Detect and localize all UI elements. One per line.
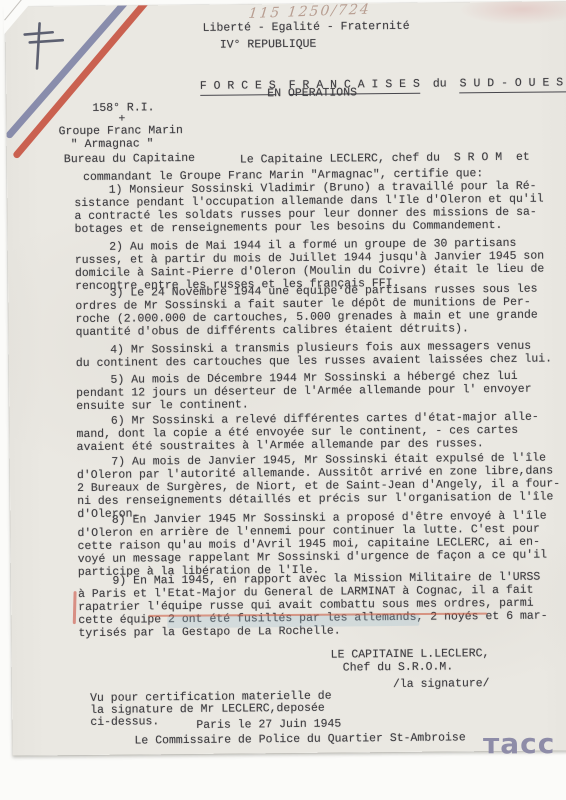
paragraph-9: 9) En Mai 1945, en rapport avec la Missi…: [78, 571, 548, 641]
forces-title: F O R C E SF R A N C A I S E SduS U D - …: [172, 63, 566, 109]
group-name-line2: " Armagnac ": [71, 137, 154, 151]
commissioner-line: Le Commissaire de Police du Quartier St-…: [134, 731, 465, 747]
paragraph-5: 5) Au mois de Décembre 1944 Mr Sossinski…: [76, 370, 532, 413]
paragraph-1: 1) Monsieur Sossinski Vladimir (Bruno) a…: [74, 180, 544, 237]
paragraph-6: 6) Mr Sossinski a relevé différentes car…: [76, 411, 539, 454]
forces-word-1: F O R C E S: [200, 79, 276, 96]
signature-title: Chef du S.R.O.M.: [343, 660, 454, 674]
group-name-line1: Groupe Franc Marin: [59, 124, 183, 138]
red-margin-mark: [73, 591, 77, 624]
republic-line: IV° REPUBLIQUE: [220, 38, 317, 52]
forces-word-3: S U D - O U E S T: [460, 76, 566, 93]
motto-line: Liberté - Egalité - Fraternité: [203, 20, 410, 35]
paper-sheet: 115 1250/724 Liberté - Egalité - Fratern…: [5, 1, 566, 755]
intro-line1: Le Capitaine LECLERC, chef du S R O M et: [240, 151, 530, 167]
certification-line3: ci-dessus.: [90, 715, 159, 729]
tass-watermark: тасс: [483, 730, 555, 758]
handwritten-reference: 115 1250/724: [248, 2, 372, 22]
signature-placeholder: /la signature/: [393, 677, 490, 691]
cross-of-lorraine-icon: [25, 23, 63, 68]
paragraph-3: 3) Le 24 Novembre 1944 une équipe de par…: [75, 283, 538, 339]
operations-line: EN OPERATIONS: [267, 86, 357, 100]
date-line: Paris le 27 Juin 1945: [196, 718, 341, 732]
bureau-line: Bureau du Capitaine: [64, 152, 195, 166]
paragraph-4: 4) Mr Sossinski a transmis plusieurs foi…: [76, 339, 552, 370]
forces-word-du: du: [433, 77, 447, 90]
signature-name: LE CAPITAINE L.LECLERC,: [331, 647, 490, 662]
paper-corner-cut: [3, 4, 29, 34]
paragraph-8: 8) En Janvier 1945 Mr Sossinski a propos…: [77, 510, 547, 580]
